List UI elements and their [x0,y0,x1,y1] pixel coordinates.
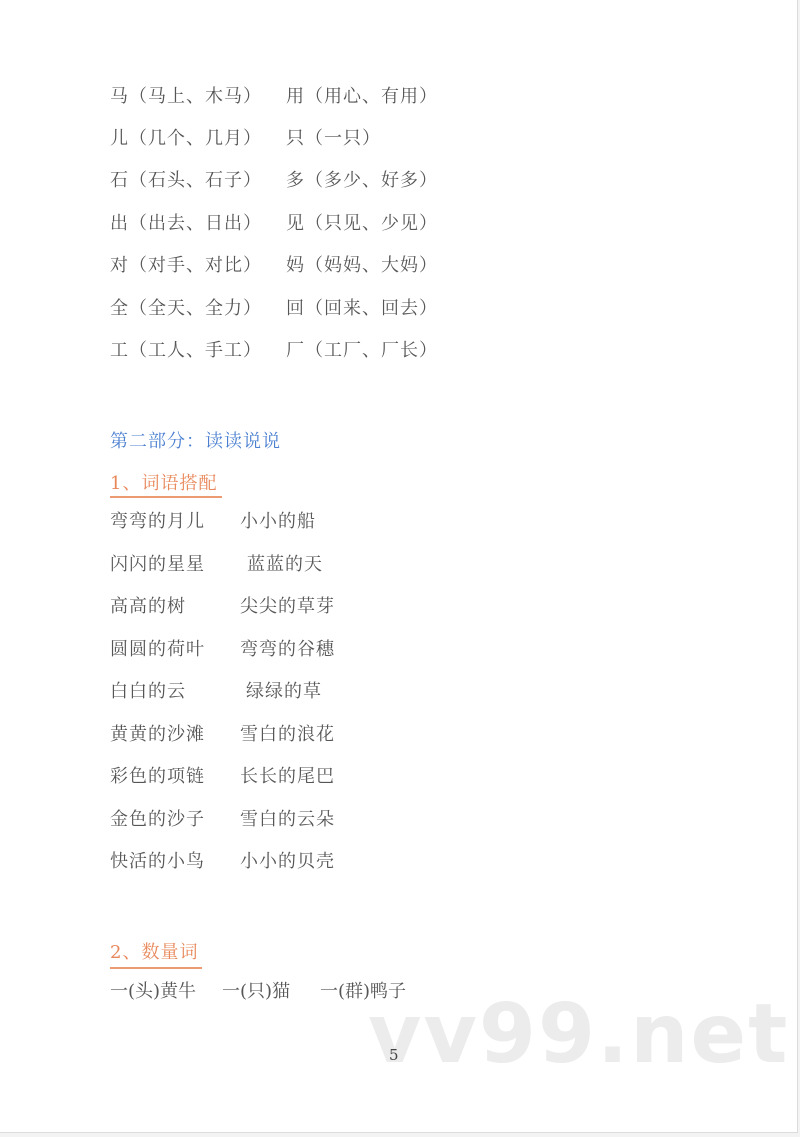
measure-word-0: 一(头)黄牛 [110,981,196,1003]
document-page: 马（马上、木马） 用（用心、有用） 儿（几个、几月） 只（一只） 石（石头、石子… [0,0,798,1133]
char-word-left-4: 对（对手、对比） [110,255,262,277]
char-word-left-0: 马（马上、木马） [110,86,262,108]
char-word-right-4: 妈（妈妈、大妈） [286,255,438,277]
section-heading-underline [110,967,202,969]
word-pair-right-6: 长长的尾巴 [240,766,335,788]
word-pair-right-2: 尖尖的草芽 [240,596,335,618]
watermark: vv99.net [368,990,789,1080]
char-word-left-3: 出（出去、日出） [110,213,262,235]
section-heading-measure-words: 2、数量词 [110,938,198,964]
char-word-right-3: 见（只见、少见） [286,213,438,235]
char-word-left-6: 工（工人、手工） [110,340,262,362]
char-word-right-1: 只（一只） [286,128,381,150]
word-pair-right-4: 绿绿的草 [246,681,322,703]
char-word-left-5: 全（全天、全力） [110,298,262,320]
section-heading-word-pairing: 1、词语搭配 [110,469,217,495]
section-heading-underline [110,496,222,498]
word-pair-right-3: 弯弯的谷穗 [240,639,335,661]
word-pair-right-1: 蓝蓝的天 [247,554,323,576]
word-pair-left-5: 黄黄的沙滩 [110,724,205,746]
word-pair-right-5: 雪白的浪花 [240,724,335,746]
word-pair-left-8: 快活的小鸟 [110,851,205,873]
word-pair-left-7: 金色的沙子 [110,809,205,831]
word-pair-left-1: 闪闪的星星 [110,554,205,576]
char-word-left-2: 石（石头、石子） [110,170,262,192]
word-pair-left-2: 高高的树 [110,596,186,618]
char-word-right-2: 多（多少、好多） [286,170,438,192]
word-pair-left-3: 圆圆的荷叶 [110,639,205,661]
page-number: 5 [389,1046,399,1064]
word-pair-left-0: 弯弯的月儿 [110,511,205,533]
word-pair-right-0: 小小的船 [240,511,316,533]
char-word-left-1: 儿（几个、几月） [110,128,262,150]
char-word-right-0: 用（用心、有用） [286,86,438,108]
measure-word-1: 一(只)猫 [222,981,290,1003]
char-word-right-6: 厂（工厂、厂长） [286,340,438,362]
word-pair-right-7: 雪白的云朵 [240,809,335,831]
word-pair-left-6: 彩色的项链 [110,766,205,788]
word-pair-left-4: 白白的云 [110,681,186,703]
word-pair-right-8: 小小的贝壳 [240,851,335,873]
char-word-right-5: 回（回来、回去） [286,298,438,320]
part-two-heading: 第二部分：读读说说 [110,427,281,453]
